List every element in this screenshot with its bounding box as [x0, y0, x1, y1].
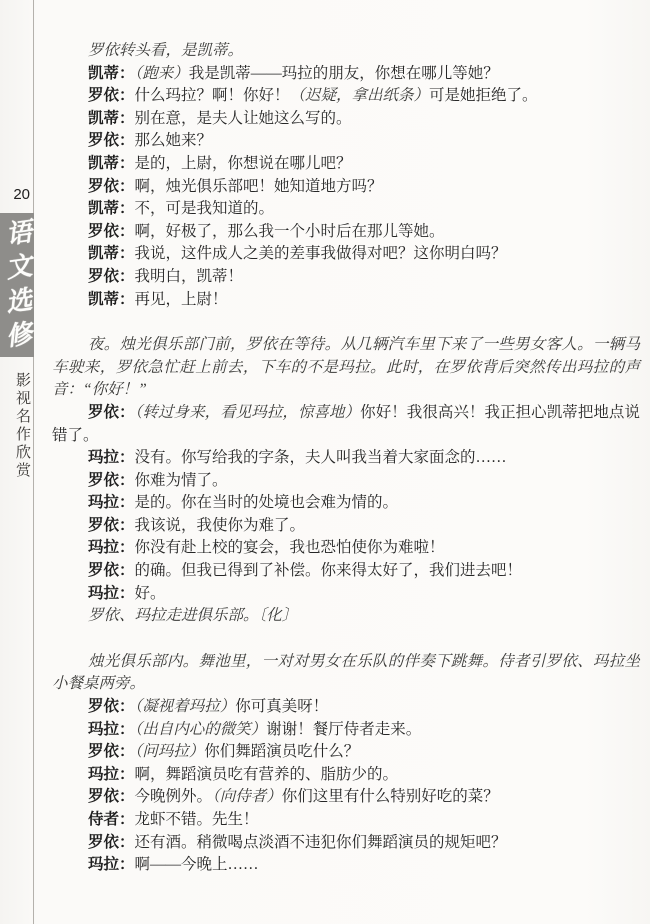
dialogue-line: 玛拉：是的。你在当时的处境也会难为情的。 — [52, 492, 640, 515]
dialogue-line: 凯蒂：是的，上尉，你想说在哪儿吧？ — [52, 153, 640, 176]
speaker-name: 罗依： — [88, 223, 135, 240]
dialogue-text: 什么玛拉？啊！你好！ — [135, 87, 290, 104]
dialogue-text: 啊——今晚上…… — [135, 856, 259, 873]
dialogue-line: 罗依：的确。但我已得到了补偿。你来得太好了，我们进去吧！ — [52, 560, 640, 583]
dialogue-text: 龙虾不错。先生！ — [135, 811, 259, 828]
speaker-name: 玛拉： — [88, 766, 135, 783]
dialogue-line: 玛拉：好。 — [52, 583, 640, 606]
stage-note-text: （跑来） — [135, 65, 189, 82]
dialogue-text: 可是她拒绝了。 — [429, 87, 538, 104]
dialogue-line: 玛拉：啊，舞蹈演员吃有营养的、脂肪少的。 — [52, 764, 640, 787]
speaker-name: 玛拉： — [88, 856, 135, 873]
speaker-name: 凯蒂： — [88, 291, 135, 308]
speaker-name: 凯蒂： — [88, 65, 135, 82]
speaker-name: 凯蒂： — [88, 155, 135, 172]
dialogue-text: 你们舞蹈演员吃什么？ — [204, 743, 359, 760]
dialogue-text: 还有酒。稍微喝点淡酒不违犯你们舞蹈演员的规矩吧？ — [135, 834, 507, 851]
stage-note-text: 夜。烛光俱乐部门前，罗依在等待。从几辆汽车里下来了一些男女客人。一辆马车驶来，罗… — [52, 336, 640, 398]
dialogue-text: 不，可是我知道的。 — [135, 200, 275, 217]
dialogue-text: 你可真美呀！ — [235, 698, 328, 715]
dialogue-line: 罗依：（问玛拉）你们舞蹈演员吃什么？ — [52, 741, 640, 764]
speaker-name: 罗依： — [88, 788, 135, 805]
stage-note-text: （问玛拉） — [135, 743, 205, 760]
speaker-name: 罗依： — [88, 698, 135, 715]
speaker-name: 玛拉： — [88, 585, 135, 602]
dialogue-text: 啊，舞蹈演员吃有营养的、脂肪少的。 — [135, 766, 399, 783]
dialogue-text: 别在意，是夫人让她这么写的。 — [135, 110, 352, 127]
script-content: 罗依转头看，是凯蒂。凯蒂：（跑来）我是凯蒂——玛拉的朋友，你想在哪儿等她？罗依：… — [52, 40, 640, 877]
dialogue-line: 凯蒂：不，可是我知道的。 — [52, 198, 640, 221]
book-page: { "page": { "number": "20", "spine": { "… — [0, 0, 650, 924]
stage-note-text: （出自内心的微笑） — [135, 721, 267, 738]
stage-direction: 烛光俱乐部内。舞池里，一对对男女在乐队的伴奏下跳舞。侍者引罗依、玛拉坐小餐桌两旁… — [52, 651, 640, 696]
dialogue-line: 罗依：我明白，凯蒂！ — [52, 266, 640, 289]
dialogue-line: 罗依：那么她来？ — [52, 130, 640, 153]
dialogue-text: 我明白，凯蒂！ — [135, 268, 244, 285]
speaker-name: 罗依： — [88, 743, 135, 760]
speaker-name: 侍者： — [88, 811, 135, 828]
speaker-name: 玛拉： — [88, 721, 135, 738]
dialogue-line: 罗依：今晚例外。（向侍者）你们这里有什么特别好吃的菜？ — [52, 786, 640, 809]
page-number: 20 — [0, 186, 30, 203]
stage-note-text: （迟疑，拿出纸条） — [290, 87, 430, 104]
dialogue-line: 玛拉：（出自内心的微笑）谢谢！餐厅侍者走来。 — [52, 719, 640, 742]
dialogue-line: 凯蒂：（跑来）我是凯蒂——玛拉的朋友，你想在哪儿等她？ — [52, 63, 640, 86]
speaker-name: 罗依： — [88, 87, 135, 104]
dialogue-line: 凯蒂：再见，上尉！ — [52, 289, 640, 312]
dialogue-text: 你没有赴上校的宴会，我也恐怕使你为难啦！ — [135, 539, 445, 556]
stage-note-text: （凝视着玛拉） — [135, 698, 236, 715]
dialogue-text: 是的，上尉，你想说在哪儿吧？ — [135, 155, 352, 172]
dialogue-text: 我该说，我使你为难了。 — [135, 517, 306, 534]
dialogue-line: 凯蒂：我说，这件成人之美的差事我做得对吧？这你明白吗？ — [52, 243, 640, 266]
dialogue-text: 那么她来？ — [135, 132, 213, 149]
dialogue-line: 玛拉：没有。你写给我的字条，夫人叫我当着大家面念的…… — [52, 447, 640, 470]
dialogue-line: 玛拉：你没有赴上校的宴会，我也恐怕使你为难啦！ — [52, 537, 640, 560]
dialogue-text: 我是凯蒂——玛拉的朋友，你想在哪儿等她？ — [189, 65, 499, 82]
speaker-name: 罗依： — [88, 834, 135, 851]
speaker-name: 玛拉： — [88, 539, 135, 556]
stage-note-text: 罗依转头看，是凯蒂。 — [88, 42, 243, 59]
speaker-name: 玛拉： — [88, 494, 135, 511]
dialogue-line: 罗依：你难为情了。 — [52, 470, 640, 493]
dialogue-text: 我说，这件成人之美的差事我做得对吧？这你明白吗？ — [135, 245, 507, 262]
stage-note-text: （向侍者） — [212, 788, 282, 805]
dialogue-line: 罗依：我该说，我使你为难了。 — [52, 515, 640, 538]
speaker-name: 罗依： — [88, 268, 135, 285]
dialogue-text: 你们这里有什么特别好吃的菜？ — [282, 788, 499, 805]
dialogue-text: 啊，烛光俱乐部吧！她知道地方吗？ — [135, 178, 383, 195]
stage-note-text: （转过身来，看见玛拉，惊喜地） — [135, 404, 360, 421]
dialogue-line: 侍者：龙虾不错。先生！ — [52, 809, 640, 832]
dialogue-line: 罗依：啊，好极了，那么我一个小时后在那儿等她。 — [52, 221, 640, 244]
dialogue-text: 你难为情了。 — [135, 472, 228, 489]
speaker-name: 罗依： — [88, 517, 135, 534]
dialogue-text: 谢谢！餐厅侍者走来。 — [266, 721, 421, 738]
spine-title-char: 语 — [4, 219, 33, 248]
dialogue-text: 好。 — [135, 585, 166, 602]
dialogue-line: 罗依：（转过身来，看见玛拉，惊喜地）你好！我很高兴！我正担心凯蒂把地点说错了。 — [52, 402, 640, 447]
spine-series-title: 影视名作欣赏 — [12, 372, 33, 480]
dialogue-text: 是的。你在当时的处境也会难为情的。 — [135, 494, 399, 511]
speaker-name: 罗依： — [88, 178, 135, 195]
speaker-name: 罗依： — [88, 132, 135, 149]
spine-title-char: 修 — [4, 321, 33, 350]
spine-title-box: 语文选修 — [0, 213, 34, 357]
dialogue-line: 罗依：啊，烛光俱乐部吧！她知道地方吗？ — [52, 176, 640, 199]
speaker-name: 玛拉： — [88, 449, 135, 466]
stage-note-text: 罗依、玛拉走进俱乐部。〔化〕 — [88, 607, 297, 624]
dialogue-text: 再见，上尉！ — [135, 291, 228, 308]
spine-title-char: 文 — [4, 253, 33, 282]
speaker-name: 凯蒂： — [88, 200, 135, 217]
dialogue-text: 今晚例外。 — [135, 788, 213, 805]
stage-direction: 夜。烛光俱乐部门前，罗依在等待。从几辆汽车里下来了一些男女客人。一辆马车驶来，罗… — [52, 334, 640, 402]
page-edge-rule — [33, 0, 34, 924]
dialogue-text: 没有。你写给我的字条，夫人叫我当着大家面念的…… — [135, 449, 507, 466]
dialogue-line: 凯蒂：别在意，是夫人让她这么写的。 — [52, 108, 640, 131]
speaker-name: 罗依： — [88, 404, 135, 421]
speaker-name: 凯蒂： — [88, 245, 135, 262]
spine-title-char: 选 — [4, 287, 33, 316]
speaker-name: 罗依： — [88, 472, 135, 489]
dialogue-line: 罗依：（凝视着玛拉）你可真美呀！ — [52, 696, 640, 719]
stage-note-text: 烛光俱乐部内。舞池里，一对对男女在乐队的伴奏下跳舞。侍者引罗依、玛拉坐小餐桌两旁… — [52, 653, 640, 693]
stage-direction: 罗依转头看，是凯蒂。 — [52, 40, 640, 63]
dialogue-text: 啊，好极了，那么我一个小时后在那儿等她。 — [135, 223, 445, 240]
stage-direction: 罗依、玛拉走进俱乐部。〔化〕 — [52, 605, 640, 628]
dialogue-text: 的确。但我已得到了补偿。你来得太好了，我们进去吧！ — [135, 562, 523, 579]
dialogue-line: 玛拉：啊——今晚上…… — [52, 854, 640, 877]
dialogue-line: 罗依：还有酒。稍微喝点淡酒不违犯你们舞蹈演员的规矩吧？ — [52, 832, 640, 855]
dialogue-line: 罗依：什么玛拉？啊！你好！（迟疑，拿出纸条）可是她拒绝了。 — [52, 85, 640, 108]
speaker-name: 罗依： — [88, 562, 135, 579]
speaker-name: 凯蒂： — [88, 110, 135, 127]
